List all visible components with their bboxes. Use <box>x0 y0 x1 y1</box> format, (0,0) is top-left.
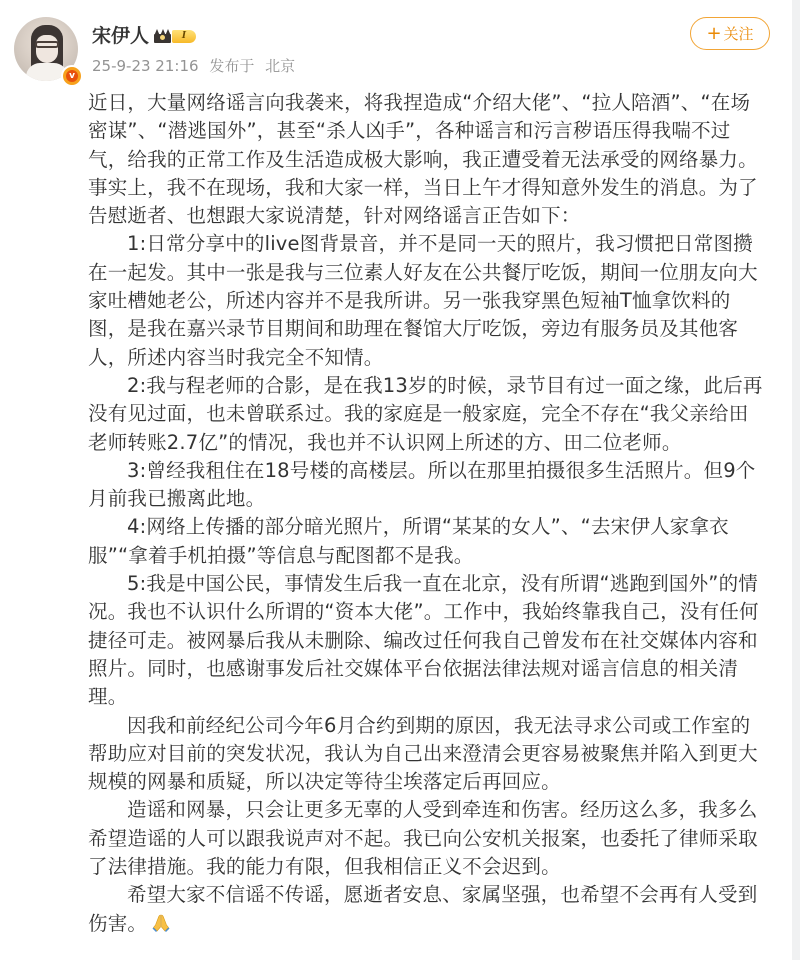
folded-hands-icon <box>151 913 171 933</box>
follow-label: 关注 <box>724 23 754 44</box>
published-label: 发布于 <box>209 57 254 75</box>
page-scroll-gutter <box>792 0 800 960</box>
post-paragraph: 因我和前经纪公司今年6月合约到期的原因，我无法寻求公司或工作室的帮助应对目前的突… <box>88 712 768 797</box>
post-meta: 25-9-23 21:16 发布于 北京 <box>92 56 295 76</box>
post-paragraph: 近日，大量网络谣言向我袭来，将我捏造成“介绍大佬”、“拉人陪酒”、“在场密谋”、… <box>88 89 768 230</box>
post-paragraph: 1:日常分享中的live图背景音，并不是同一天的照片，我习惯把日常图攒在一起发。… <box>88 230 768 371</box>
post-paragraph: 造谣和网暴，只会让更多无辜的人受到牵连和伤害。经历这么多，我多么希望造谣的人可以… <box>88 796 768 881</box>
post-paragraph-last: 希望大家不信谣不传谣，愿逝者安息、家属坚强，也希望不会再有人受到伤害。 <box>88 881 768 938</box>
post-timestamp[interactable]: 25-9-23 21:16 <box>92 57 199 75</box>
weibo-post-card: v 宋伊人 I 25-9-23 21:16 发布于 北京 + 关注 近日，大量网… <box>0 0 792 960</box>
post-body: 近日，大量网络谣言向我袭来，将我捏造成“介绍大佬”、“拉人陪酒”、“在场密谋”、… <box>88 89 768 938</box>
avatar-face <box>36 35 58 63</box>
post-location: 北京 <box>265 57 295 75</box>
author-name[interactable]: 宋伊人 <box>92 24 149 48</box>
post-paragraph-text: 希望大家不信谣不传谣，愿逝者安息、家属坚强，也希望不会再有人受到伤害。 <box>88 883 757 934</box>
plus-icon: + <box>706 25 721 43</box>
vip-member-badge[interactable]: I <box>154 28 196 44</box>
post-paragraph: 3:曾经我租住在18号楼的高楼层。所以在那里拍摄很多生活照片。但9个月前我已搬离… <box>88 457 768 514</box>
post-paragraph: 5:我是中国公民，事情发生后我一直在北京，没有所谓“逃跑到国外”的情况。我也不认… <box>88 570 768 711</box>
avatar-glasses <box>35 41 59 48</box>
verified-badge-icon: v <box>61 65 83 87</box>
crown-icon <box>154 29 171 43</box>
post-paragraph: 4:网络上传播的部分暗光照片，所谓“某某的女人”、“去宋伊人家拿衣服”“拿着手机… <box>88 513 768 570</box>
post-paragraph: 2:我与程老师的合影，是在我13岁的时候，录节目有过一面之缘，此后再没有见过面，… <box>88 372 768 457</box>
follow-button[interactable]: + 关注 <box>690 17 770 50</box>
member-level-tag: I <box>172 30 196 43</box>
